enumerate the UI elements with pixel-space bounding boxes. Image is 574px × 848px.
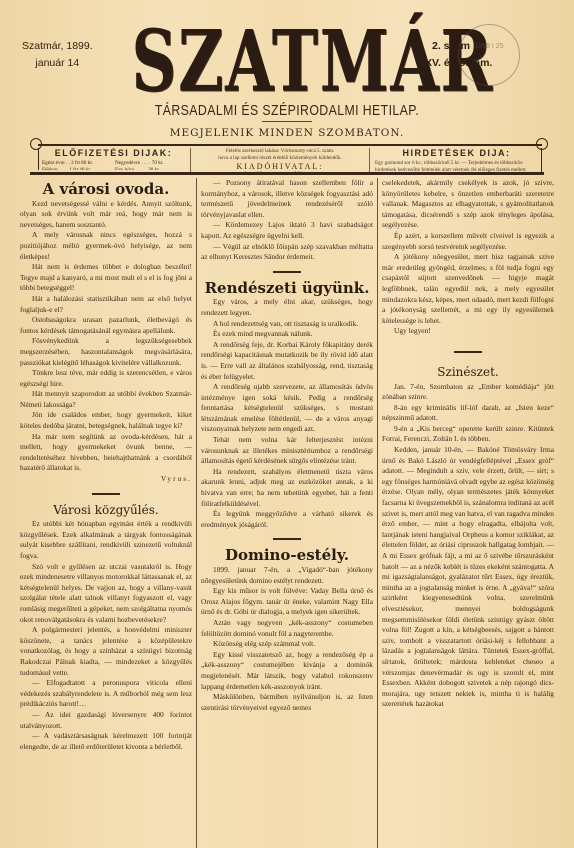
article-title-kozgyules: Városi közgyűlés. (20, 505, 192, 516)
advertising-heading: HIRDETÉSEK DIJA: (372, 148, 541, 158)
price-item: Negyedévre . . . . 70 kr. (115, 160, 185, 167)
article-title-ovoda: A városi ovoda. (20, 184, 192, 195)
paragraph: Közönség elég szép számmal volt. (201, 639, 373, 650)
box-bottom-rule (30, 172, 544, 175)
paragraph: A polgármesteri jelentés, a honvédelmi m… (20, 625, 192, 678)
price-item: Félévre . . . . 1 frt 40 kr. (42, 167, 112, 170)
stamp-text: 1899 I 25 (474, 43, 503, 50)
paragraph: — A vadásztársaságnak kérelmezett 100 fo… (20, 731, 192, 752)
paragraph: — Végül az elnöklő főispán szép szavakba… (201, 242, 373, 263)
paragraph: A mely városnak nincs egészséges, hozzá … (20, 230, 192, 262)
editorial-box: Felelős szerkesztő lakása: Vörösmarty-ut… (190, 148, 370, 172)
paragraph: Egy kissé visszatetsző az, hogy a rendez… (201, 650, 373, 692)
paragraph: — Elfogadtatott a peronuspora viticola e… (20, 678, 192, 710)
paragraph: Hát nem is érdemes többet e dologban bes… (20, 262, 192, 294)
issue-date: január 14 (22, 55, 93, 72)
paragraph: Tönkre lesz téve, már eddig is szerencsé… (20, 368, 192, 389)
column-2: — Pozsony átiratával hason szellemben fö… (201, 178, 373, 848)
paragraph: Kedden, január 10-én, — Bakóné Tömösváry… (382, 445, 554, 710)
article-title-domino: Domino-estély. (201, 550, 373, 561)
header-rule (38, 144, 542, 146)
section-separator (273, 538, 301, 540)
advertising-box: HIRDETÉSEK DIJA: Egy garmond sor 6 kr.; … (372, 148, 542, 172)
paragraph: Ha már nem segítünk az ovoda-kérdésen, h… (20, 432, 192, 474)
newspaper-subtitle: TÁRSADALMI ÉS SZÉPIRODALMI HETILAP. (52, 102, 523, 119)
paragraph: cselekedetek, akármily csekélyek is azok… (382, 178, 554, 231)
paragraph: És ezek mind megvannak nálunk. (201, 329, 373, 340)
subscription-prices: Egész évre . . 2 frt 80 kr. Negyedévre .… (39, 160, 188, 170)
paragraph: 8-án egy kriminális lif-lóf darab, az „I… (382, 403, 554, 424)
paragraph: Hát mennyit szaporodott az utóbbi évekbe… (20, 389, 192, 410)
column-3: cselekedetek, akármily csekélyek is azok… (382, 178, 554, 848)
paragraph: Hát a halálozási statisztikában nem az e… (20, 294, 192, 315)
paragraph: 1899. januar 7-én, a „Vigadó“-ban jótéko… (201, 565, 373, 586)
article-columns: A városi ovoda. Kezd nevetségessé válni … (20, 178, 554, 848)
paragraph: Egy kis műsor is volt fölvéve: Vaday Bel… (201, 586, 373, 618)
section-separator (92, 493, 120, 495)
paragraph: Fösvénykedünk a legszükségesebbek megsze… (20, 336, 192, 368)
paragraph: Jön ide családos ember, hogy gyermekeit,… (20, 410, 192, 431)
subscription-heading: ELŐFIZETÉSI DIJAK: (39, 148, 188, 158)
paragraph: Ostobaságokra urasan pazarlunk, életbevá… (20, 315, 192, 336)
paragraph: Egy város, a mely élni akar, szükséges, … (201, 297, 373, 318)
masthead-date-block: Szatmár, 1899. január 14 (22, 38, 93, 72)
paragraph: Ez utóbbi két hónapban egymást érték a r… (20, 519, 192, 561)
subscription-box: ELŐFIZETÉSI DIJAK: Egész évre . . 2 frt … (38, 148, 188, 170)
paragraph: Ugy legyen! (382, 326, 554, 337)
paragraph: A jótékony nőegyesület, mert hisz tagjai… (382, 252, 554, 326)
publisher-heading: KIADÓHIVATAL: (191, 162, 369, 171)
paragraph: Tehát nem volna kár felterjesztést intéz… (201, 435, 373, 467)
column-1: A városi ovoda. Kezd nevetségessé válni … (20, 178, 192, 848)
section-separator (454, 351, 482, 353)
paragraph: Máskülönben, bármiben nyilvánuljon is, a… (201, 692, 373, 713)
paragraph: A hol rendezettség van, ott tisztaság is… (201, 319, 373, 330)
paragraph: Ha rendezett, szabályos életmenetű tiszt… (201, 467, 373, 509)
editor-address: Felelős szerkesztő lakása: Vörösmarty-ut… (191, 148, 369, 155)
paragraph: A rendőrség ujabb szervezete, az államos… (201, 382, 373, 435)
paragraph: Jan. 7-én, Szombaton az „Ember komédiája… (382, 382, 554, 403)
paragraph: Aztán vagy negyven „kék-asszony“ costume… (201, 618, 373, 639)
ornament-divider (262, 121, 312, 123)
paragraph: — Kördemezey Lajos iktató 3 havi szabads… (201, 220, 373, 241)
price-item: Egész évre . . 2 frt 80 kr. (42, 160, 112, 167)
editor-note: hova a lap szellemi részét érdeklő közle… (191, 155, 369, 162)
paragraph: — Az idei gazdasági lóversenyre 400 fori… (20, 710, 192, 731)
paragraph: Ép azért, a korszellem művelt cíveivel i… (382, 231, 554, 252)
paragraph: — Pozsony átiratával hason szellemben fö… (201, 178, 373, 220)
paragraph: A rendőrség feje, dr. Korbai Károly főka… (201, 340, 373, 382)
place-year: Szatmár, 1899. (22, 38, 93, 55)
author-signature: Vyrus. (20, 474, 192, 485)
publication-frequency: MEGJELENIK MINDEN SZOMBATON. (0, 127, 574, 139)
section-separator (273, 271, 301, 273)
article-title-rendeszet: Rendészeti ügyünk. (201, 283, 373, 294)
advertising-rates: Egy garmond sor 6 kr.; többszörinél 5 kr… (372, 160, 541, 172)
paragraph: És legyünk meggyőződve a várható sikerek… (201, 509, 373, 530)
paragraph: 9-én a „Kis herceg“ operette került szin… (382, 424, 554, 445)
postal-stamp-icon: 1899 I 25 (458, 24, 520, 86)
article-title-szineszet: Szinészet. (382, 367, 554, 378)
masthead: Szatmár, 1899. január 14 SZATMÁR 2. szám… (0, 0, 574, 100)
newspaper-title: SZATMÁR (131, 18, 382, 104)
price-item: Egy hóra . . . . . 30 kr. (115, 167, 185, 170)
paragraph: Szó volt e gyűlésen az utczai vasutakról… (20, 562, 192, 626)
paragraph: Kezd nevetségessé válni e kérdés. Annyit… (20, 199, 192, 231)
